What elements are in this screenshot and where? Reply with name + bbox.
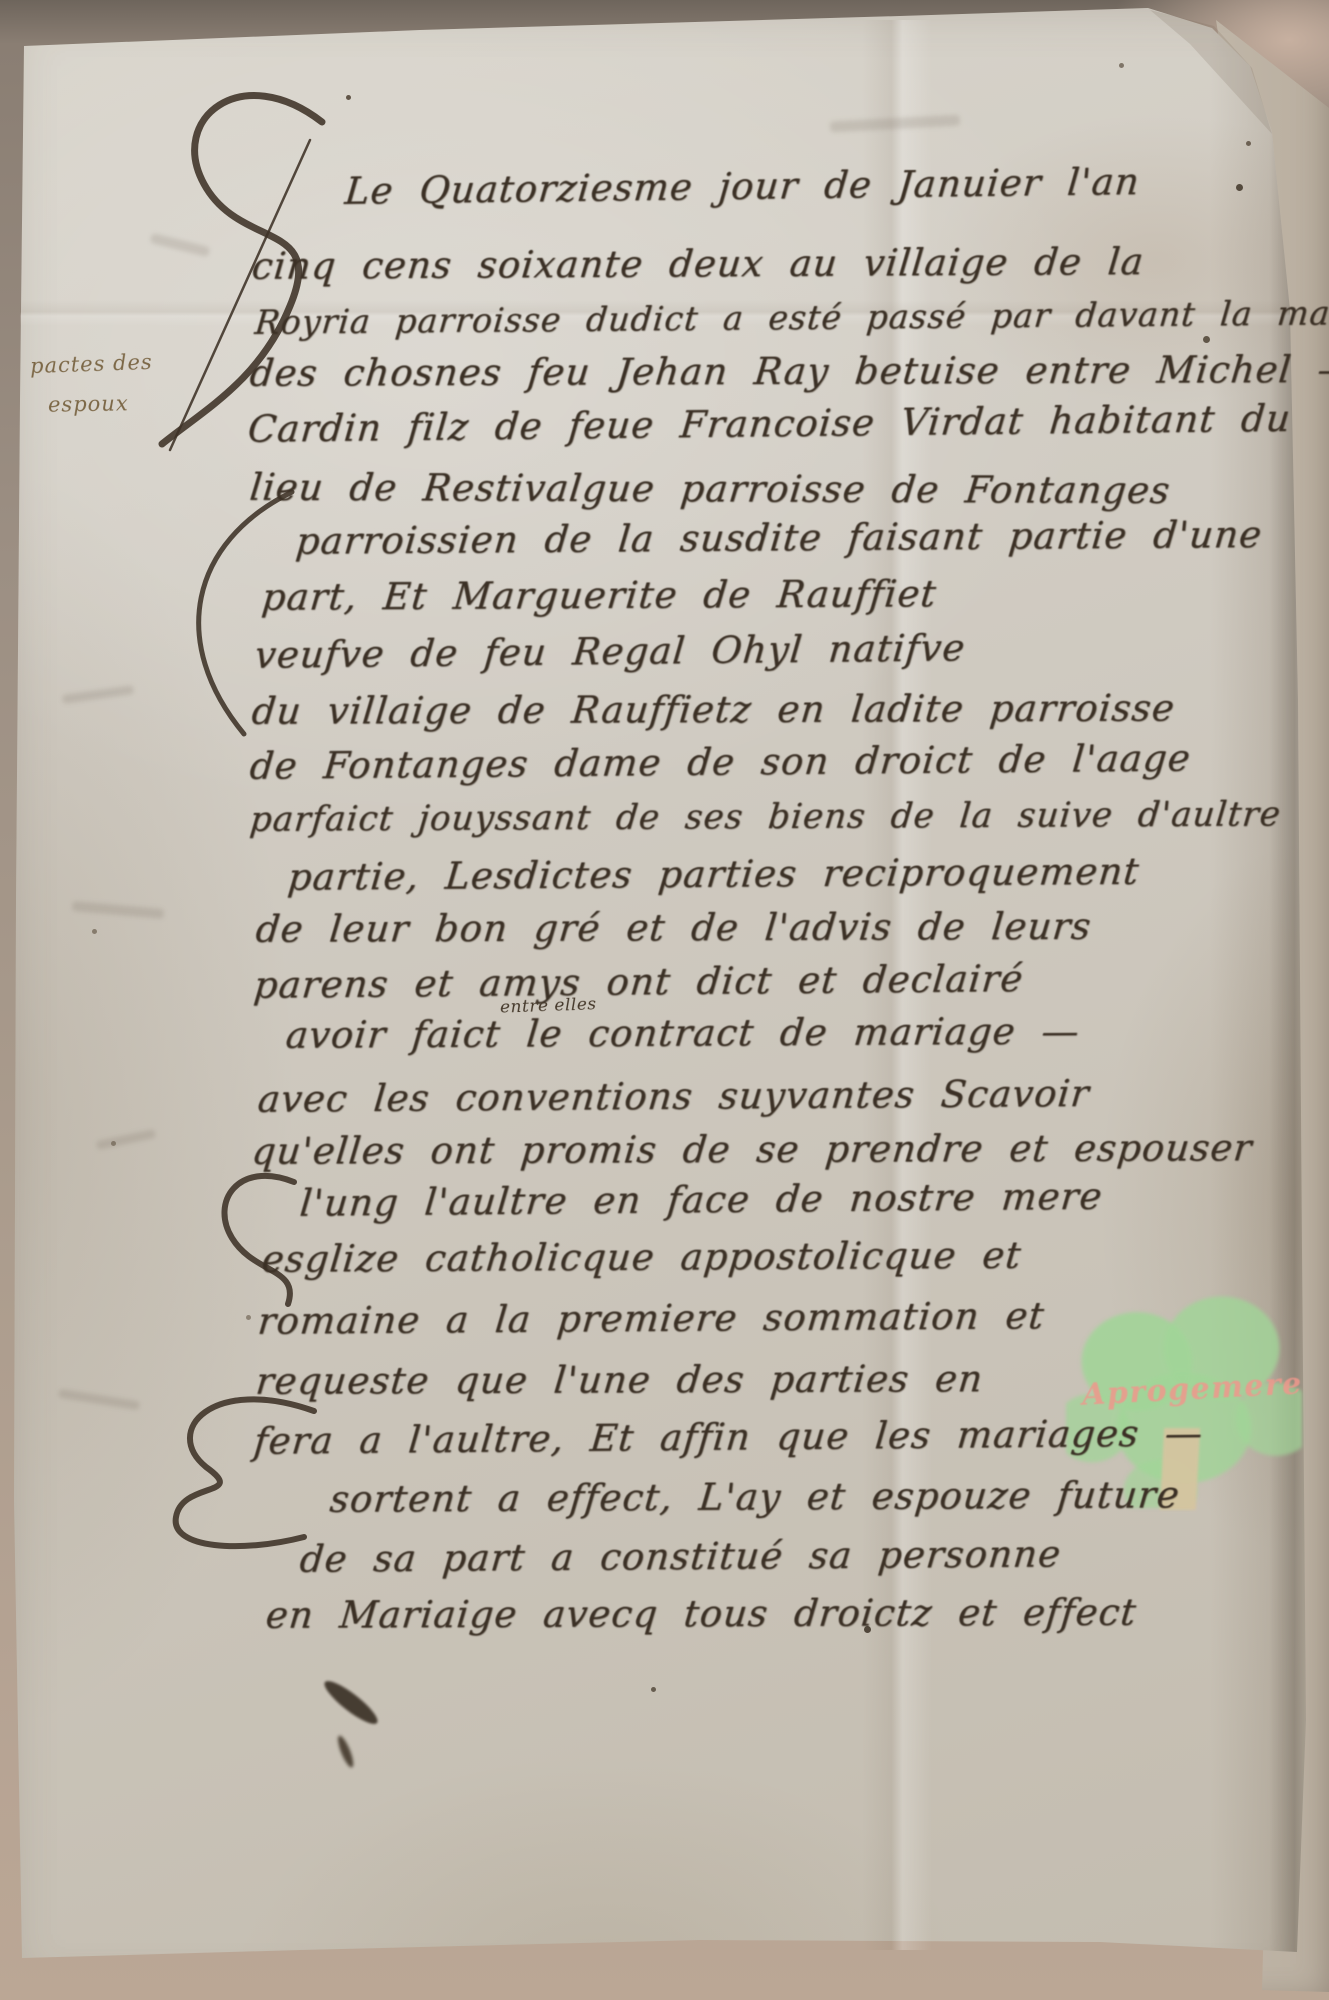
manuscript-line: du villaige de Rauffietz en ladite parro… xyxy=(250,687,1177,733)
manuscript-line: partie, Lesdictes parties reciproquement xyxy=(286,850,1142,899)
manuscript-line: l'ung l'aultre en face de nostre mere xyxy=(298,1175,1105,1225)
manuscript-line: de sa part a constitué sa personne xyxy=(298,1533,1063,1581)
manuscript-line: avec les conventions suyvantes Scavoir xyxy=(256,1072,1092,1121)
manuscript-line: de leur bon gré et de l'advis de leurs xyxy=(254,905,1094,951)
manuscript-line: parfaict jouyssant de ses biens de la su… xyxy=(248,795,1283,840)
manuscript-line: esglize catholicque appostolicque et xyxy=(260,1234,1024,1281)
ink-specks xyxy=(0,0,3,3)
margin-note-line2: espoux xyxy=(48,391,129,416)
manuscript-line: cinq cens soixante deux au villaige de l… xyxy=(250,240,1146,288)
manuscript-line: des chosnes feu Jehan Ray betuise entre … xyxy=(248,348,1329,395)
interlinear-insertion: entre elles xyxy=(500,994,597,1017)
manuscript-line: romaine a la premiere sommation et xyxy=(256,1294,1047,1343)
manuscript-line: part, Et Marguerite de Rauffiet xyxy=(260,572,939,619)
manuscript-line: sortent a effect, L'ay et espouze future xyxy=(328,1474,1182,1521)
manuscript-line: lieu de Restivalgue parroisse de Fontang… xyxy=(248,466,1173,512)
manuscript-line: de Fontanges dame de son droict de l'aag… xyxy=(248,737,1193,788)
manuscript-photo: Aprogemere pactes des espoux Le Quatorzi… xyxy=(0,0,1329,2000)
manuscript-line: parroissien de la susdite faisant partie… xyxy=(294,513,1264,563)
manuscript-line: avoir faict le contract de mariage — xyxy=(284,1010,1082,1057)
manuscript-line: veufve de feu Regal Ohyl natifve xyxy=(253,627,967,677)
manuscript-line: parens et amys ont dict et declairé xyxy=(252,957,1026,1007)
margin-note-line1: pactes des xyxy=(30,350,153,378)
manuscript-line: en Mariaige avecq tous droictz et effect xyxy=(264,1591,1139,1637)
manuscript-line: qu'elles ont promis de se prendre et esp… xyxy=(250,1127,1255,1174)
manuscript-line: requeste que l'une des parties en xyxy=(254,1357,986,1403)
manuscript-line: fera a l'aultre, Et affin que les mariag… xyxy=(252,1412,1205,1463)
